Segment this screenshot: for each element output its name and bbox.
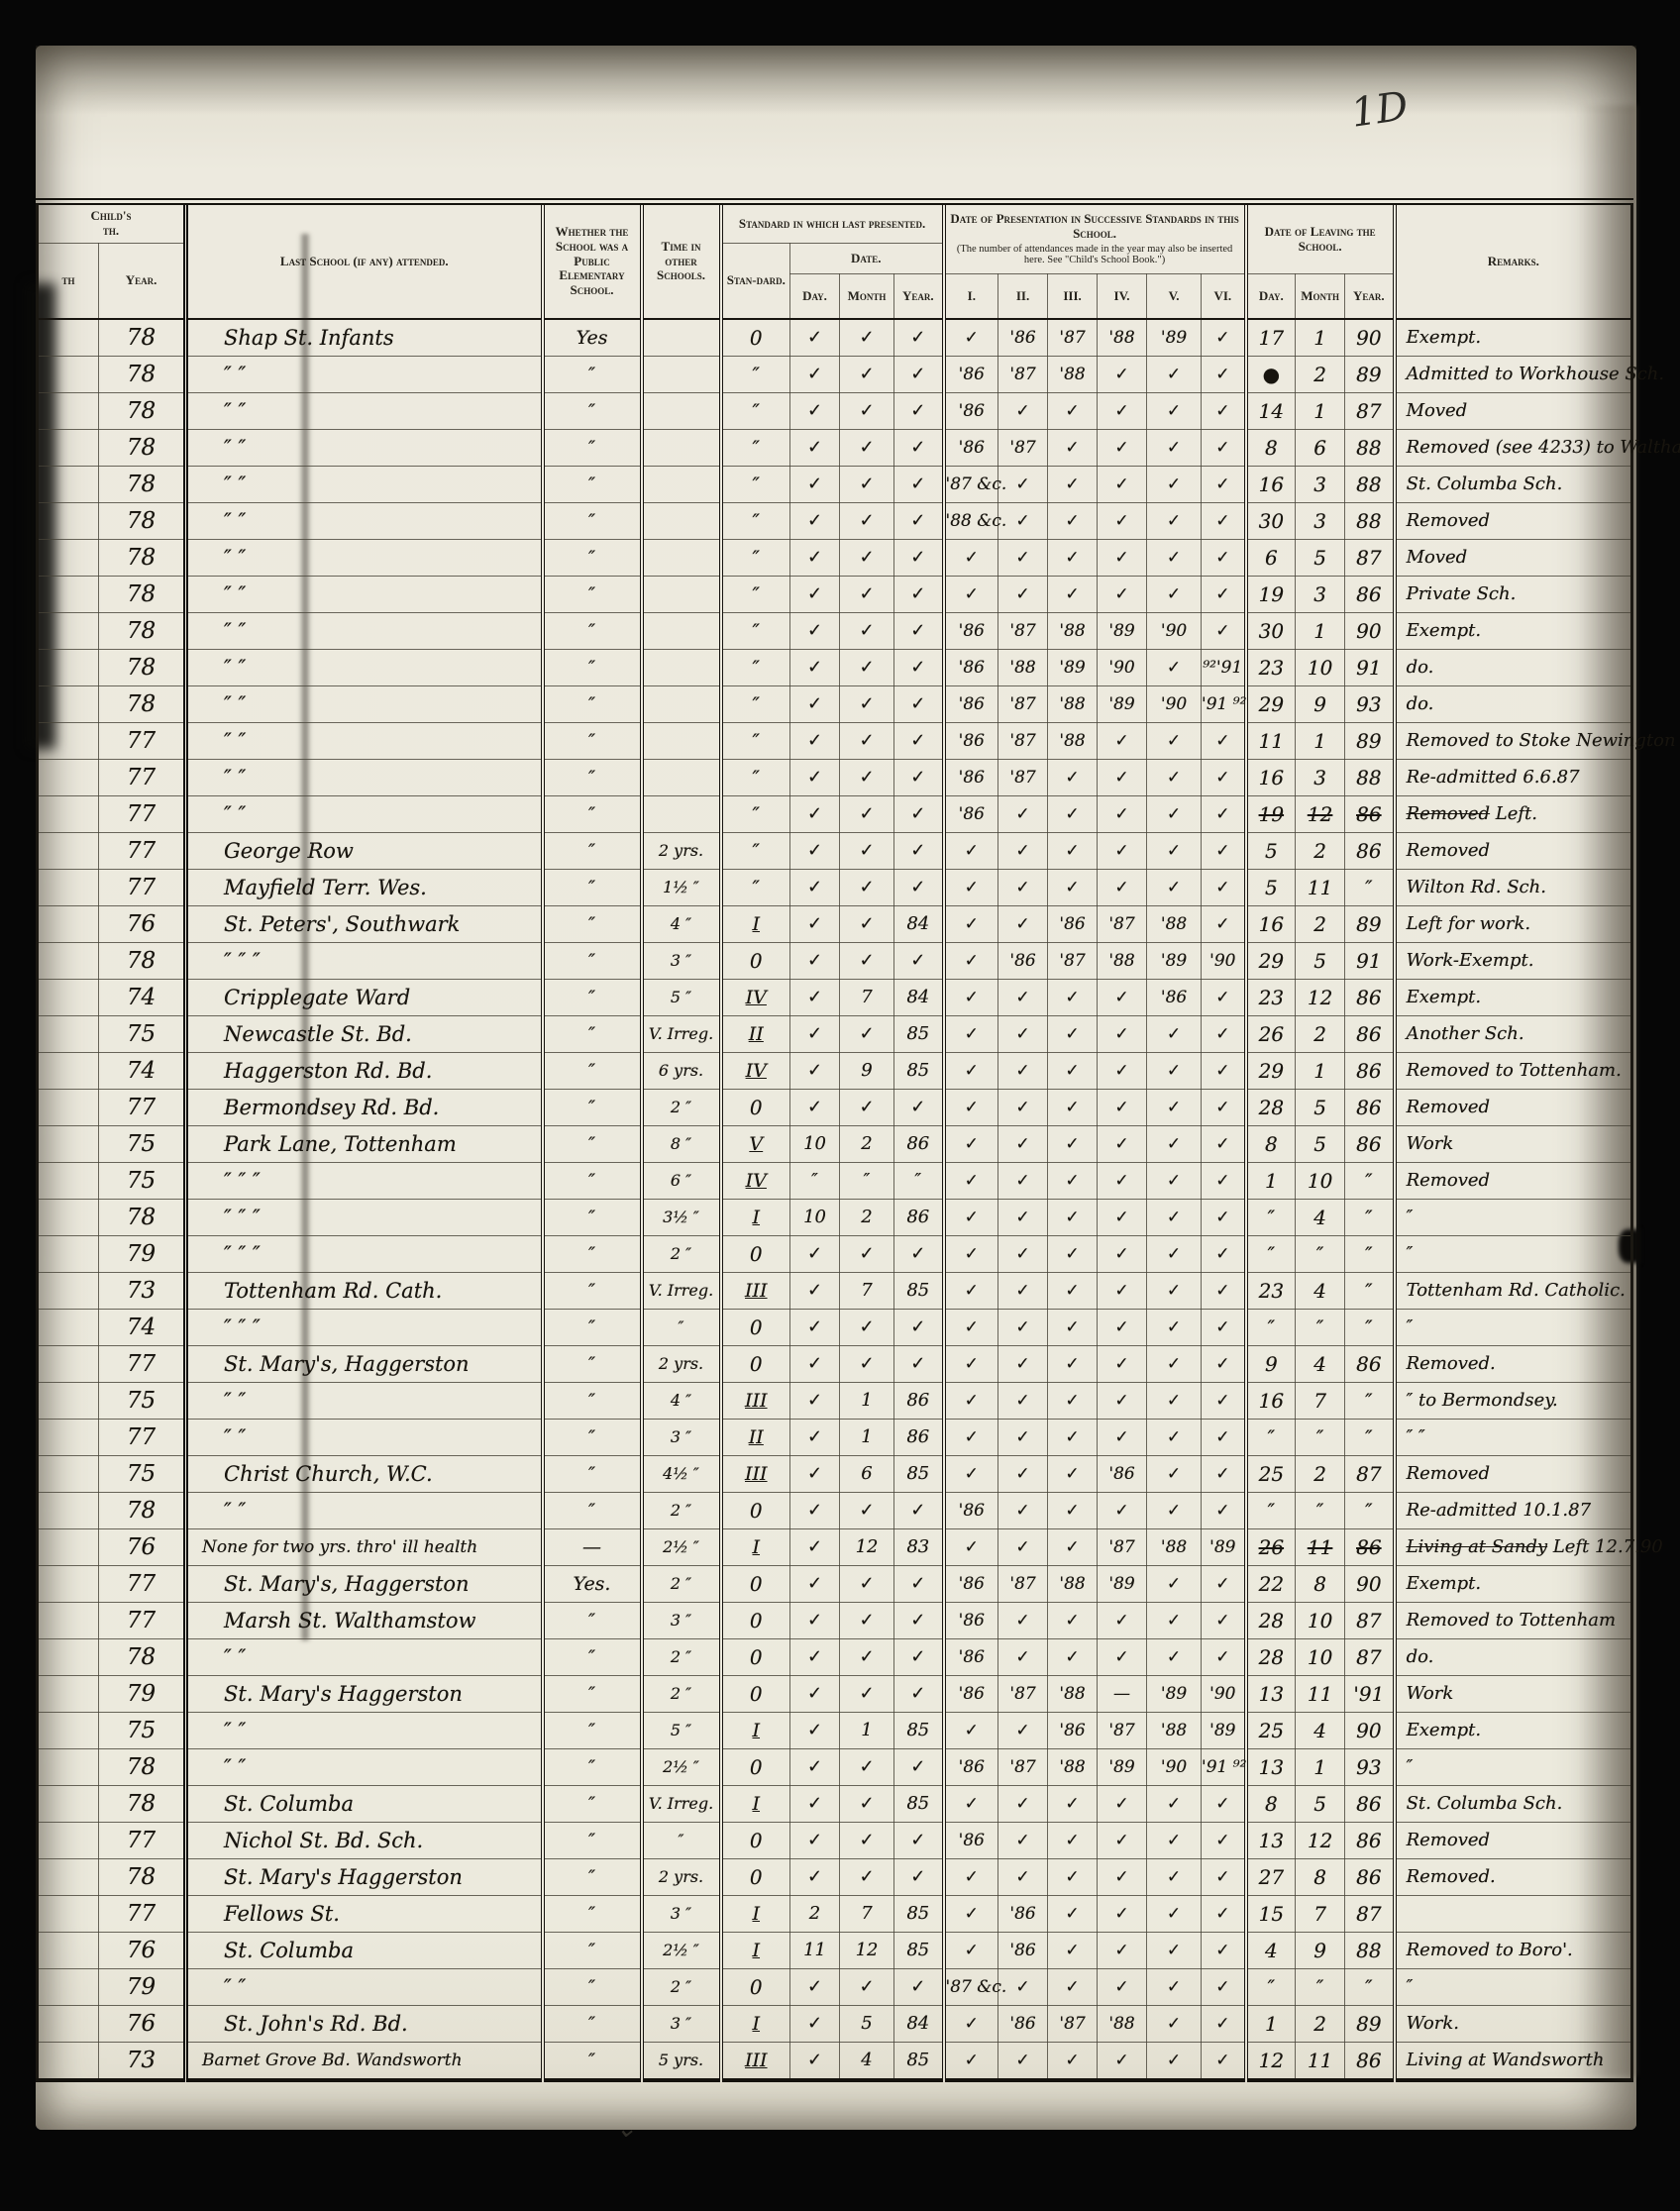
cell-p5: ✓ [1202,1090,1246,1126]
cell-std: IV [721,1053,790,1090]
cell-rem: do. [1395,650,1632,686]
cell-p0: ✓ [944,1126,998,1163]
cell-std: 0 [721,1236,790,1273]
cell-school: Christ Church, W.C. [186,1456,543,1493]
cell-lm: ″ [1296,1236,1345,1273]
cell-ld: 13 [1246,1749,1296,1786]
cell-p3: ✓ [1098,1126,1147,1163]
cell-bm [38,1713,99,1749]
cell-ly: 88 [1345,467,1395,503]
cell-d: ✓ [790,1749,840,1786]
header-presentation-block: Date of Presentation in Successive Stand… [944,202,1246,274]
cell-p0: '86 [944,1566,998,1603]
cell-p2: ✓ [1048,833,1098,870]
cell-lm: 7 [1296,1896,1345,1933]
cell-lm: 12 [1296,980,1345,1016]
cell-bm [38,613,99,650]
cell-rem: Work [1395,1676,1632,1713]
cell-p4: '88 [1147,906,1202,943]
cell-lm: 3 [1296,503,1345,540]
cell-p1: ✓ [998,1383,1048,1420]
cell-ly: 87 [1345,393,1395,430]
cell-pub: ″ [543,1346,642,1383]
cell-rem: St. Columba Sch. [1395,1786,1632,1823]
cell-p3: ✓ [1098,1493,1147,1529]
cell-p2: ✓ [1048,1200,1098,1236]
cell-pub: ″ [543,1859,642,1896]
cell-ld: 26 [1246,1016,1296,1053]
cell-yr: 79 [99,1236,186,1273]
cell-p0: ✓ [944,1896,998,1933]
cell-yr: 78 [99,540,186,577]
table-row: 77Bermondsey Rd. Bd.″2 ″0✓✓✓✓✓✓✓✓✓28586R… [38,1090,1632,1126]
cell-std: ″ [721,833,790,870]
cell-p4: '89 [1147,943,1202,980]
cell-p0: ✓ [944,1236,998,1273]
register-page: 1D ⌄ Child'sth. Last School (if any) att… [36,46,1636,2130]
cell-p2: ✓ [1048,980,1098,1016]
cell-ld: 29 [1246,686,1296,723]
cell-p4: ✓ [1147,1456,1202,1493]
cell-std: 0 [721,1676,790,1713]
header-birth-year: Year. [99,244,186,320]
cell-p1: ✓ [998,2043,1048,2081]
cell-bm [38,686,99,723]
cell-ld: ″ [1246,1420,1296,1456]
cell-p1: ✓ [998,1529,1048,1566]
cell-p2: ✓ [1048,870,1098,906]
cell-std: I [721,2006,790,2043]
cell-p4: ✓ [1147,1896,1202,1933]
table-row: 73Tottenham Rd. Cath.″V. Irreg.III✓785✓✓… [38,1273,1632,1310]
cell-d: 11 [790,1933,840,1969]
cell-ly: 86 [1345,1529,1395,1566]
cell-rem: Removed to Boro'. [1395,1933,1632,1969]
cell-lm: 11 [1296,1529,1345,1566]
cell-lm: 4 [1296,1200,1345,1236]
cell-std: I [721,1786,790,1823]
cell-school: Park Lane, Tottenham [186,1126,543,1163]
cell-d: ✓ [790,577,840,613]
cell-std: III [721,2043,790,2081]
cell-d: ✓ [790,2043,840,2081]
cell-pub: ″ [543,686,642,723]
cell-p1: ✓ [998,1346,1048,1383]
cell-ld: 5 [1246,870,1296,906]
pen-mark: ⌄ [615,2114,637,2144]
cell-p5: ✓ [1202,1639,1246,1676]
cell-p0: ✓ [944,1310,998,1346]
cell-m: ✓ [840,1969,894,2006]
cell-ly: 86 [1345,1859,1395,1896]
cell-pub: ″ [543,1823,642,1859]
cell-ly: ″ [1345,1420,1395,1456]
cell-yr: 75 [99,1163,186,1200]
cell-y: 85 [894,1933,944,1969]
cell-pub: ″ [543,833,642,870]
cell-d: ✓ [790,2006,840,2043]
cell-y: 85 [894,1896,944,1933]
cell-std: ″ [721,870,790,906]
header-standard-iii: III. [1048,274,1098,320]
table-row: 75Newcastle St. Bd.″V. Irreg.II✓✓85✓✓✓✓✓… [38,1016,1632,1053]
cell-p4: ✓ [1147,1200,1202,1236]
cell-school: ″ ″ [186,467,543,503]
cell-d: ✓ [790,1639,840,1676]
cell-p4: ✓ [1147,540,1202,577]
cell-p3: ✓ [1098,980,1147,1016]
cell-p1: ✓ [998,1713,1048,1749]
presentation-title: Date of Presentation in Successive Stand… [949,212,1241,242]
cell-ld: ″ [1246,1236,1296,1273]
cell-bm [38,980,99,1016]
cell-lm: 2 [1296,833,1345,870]
cell-y: 86 [894,1383,944,1420]
cell-bm [38,1529,99,1566]
cell-y: 85 [894,2043,944,2081]
cell-y: ✓ [894,833,944,870]
cell-ld: 16 [1246,467,1296,503]
cell-p0: '86 [944,430,998,467]
cell-m: ✓ [840,1236,894,1273]
cell-pub: ″ [543,1786,642,1823]
cell-pub: ″ [543,2043,642,2081]
cell-m: ✓ [840,943,894,980]
cell-p2: '88 [1048,613,1098,650]
table-row: 77St. Mary's, Haggerston″2 yrs.0✓✓✓✓✓✓✓✓… [38,1346,1632,1383]
cell-pub: ″ [543,1236,642,1273]
cell-ld: 1 [1246,2006,1296,2043]
cell-ld: ″ [1246,1493,1296,1529]
register-rows: 78Shap St. InfantsYes0✓✓✓✓'86'87'88'89✓1… [38,319,1632,2080]
cell-time: ″ [642,1823,721,1859]
table-row: 77″ ″″″✓✓✓'86'87'88✓✓✓11189Removed to St… [38,723,1632,760]
cell-std: ″ [721,467,790,503]
cell-p2: ✓ [1048,1493,1098,1529]
cell-yr: 75 [99,1456,186,1493]
cell-p1: ✓ [998,1639,1048,1676]
cell-ly: 86 [1345,1823,1395,1859]
cell-y: 85 [894,1456,944,1493]
cell-bm [38,1493,99,1529]
cell-school: St. Mary's Haggerston [186,1859,543,1896]
cell-rem: ″ [1395,1749,1632,1786]
cell-yr: 78 [99,467,186,503]
cell-ld: 25 [1246,1456,1296,1493]
cell-m: ✓ [840,319,894,357]
cell-bm [38,796,99,833]
cell-rem: Left for work. [1395,906,1632,943]
cell-lm: 4 [1296,1713,1345,1749]
cell-ly: 86 [1345,1346,1395,1383]
cell-bm [38,1969,99,2006]
cell-p4: ✓ [1147,1603,1202,1639]
table-row: 76St. Peters', Southwark″4 ″I✓✓84✓✓'86'8… [38,906,1632,943]
cell-d: ✓ [790,980,840,1016]
cell-p5: ✓ [1202,1493,1246,1529]
cell-bm [38,906,99,943]
cell-d: ✓ [790,1016,840,1053]
cell-p0: ✓ [944,1163,998,1200]
cell-ld: 12 [1246,2043,1296,2081]
cell-m: 12 [840,1933,894,1969]
cell-pub: ″ [543,1493,642,1529]
cell-bm [38,430,99,467]
cell-p4: ✓ [1147,1639,1202,1676]
cell-p3: ✓ [1098,1933,1147,1969]
cell-p5: ✓ [1202,1456,1246,1493]
cell-school: ″ ″ [186,503,543,540]
cell-p1: ✓ [998,1420,1048,1456]
cell-pub: — [543,1529,642,1566]
cell-ld: 6 [1246,540,1296,577]
cell-pub: ″ [543,1126,642,1163]
cell-p1: ✓ [998,1236,1048,1273]
cell-p3: ✓ [1098,577,1147,613]
table-row: 78″ ″″″✓✓✓'86✓✓✓✓✓14187Moved [38,393,1632,430]
cell-lm: 2 [1296,2006,1345,2043]
cell-ld: 26 [1246,1529,1296,1566]
table-row: 77Fellows St.″3 ″I2785✓'86✓✓✓✓15787 [38,1896,1632,1933]
cell-pub: ″ [543,943,642,980]
cell-p1: ✓ [998,1786,1048,1823]
cell-p3: ✓ [1098,1053,1147,1090]
cell-p2: ✓ [1048,1310,1098,1346]
cell-p0: '87 &c. [944,1969,998,2006]
cell-pub: ″ [543,1273,642,1310]
cell-m: 2 [840,1126,894,1163]
cell-p3: ✓ [1098,1200,1147,1236]
cell-time: 3 ″ [642,1420,721,1456]
table-row: 78″ ″″2½ ″0✓✓✓'86'87'88'89'90'91 ⁹²13193… [38,1749,1632,1786]
table-row: 77″ ″″″✓✓✓'86'87✓✓✓✓16388Re-admitted 6.6… [38,760,1632,796]
cell-p1: '87 [998,723,1048,760]
cell-lm: ″ [1296,1969,1345,2006]
cell-p4: ✓ [1147,2043,1202,2081]
cell-p2: ✓ [1048,796,1098,833]
cell-p3: ✓ [1098,1859,1147,1896]
cell-yr: 76 [99,906,186,943]
cell-p1: '87 [998,1566,1048,1603]
cell-p4: ✓ [1147,1310,1202,1346]
cell-p3: ✓ [1098,1383,1147,1420]
cell-p3: ✓ [1098,833,1147,870]
cell-ld: 13 [1246,1676,1296,1713]
cell-y: ″ [894,1163,944,1200]
cell-y: ✓ [894,393,944,430]
cell-p5: ✓ [1202,1346,1246,1383]
cell-d: 10 [790,1126,840,1163]
table-row: 78″ ″″″✓✓✓✓✓✓✓✓✓6587Moved [38,540,1632,577]
cell-std: 0 [721,1090,790,1126]
cell-y: 83 [894,1529,944,1566]
cell-std: IV [721,1163,790,1200]
admission-register-table: Child'sth. Last School (if any) attended… [36,198,1632,2082]
cell-p4: ✓ [1147,1420,1202,1456]
cell-y: ✓ [894,1493,944,1529]
header-remarks: Remarks. [1395,202,1632,320]
cell-p2: ✓ [1048,1786,1098,1823]
cell-m: 9 [840,1053,894,1090]
cell-ld: 9 [1246,1346,1296,1383]
scan-background: { "corner_label": "1D", "headers": { "bi… [0,0,1680,2211]
cell-time: 5 ″ [642,980,721,1016]
cell-pub: ″ [543,467,642,503]
cell-ld: 22 [1246,1566,1296,1603]
cell-d: ✓ [790,357,840,393]
cell-time: 3 ″ [642,943,721,980]
cell-p4: ✓ [1147,430,1202,467]
cell-std: III [721,1456,790,1493]
cell-ld: ″ [1246,1310,1296,1346]
cell-school: ″ ″ [186,1639,543,1676]
cell-lm: 5 [1296,1090,1345,1126]
cell-pub: ″ [543,1456,642,1493]
cell-bm [38,833,99,870]
cell-bm [38,760,99,796]
cell-bm [38,1639,99,1676]
cell-m: ✓ [840,357,894,393]
cell-time [642,319,721,357]
cell-p1: ✓ [998,796,1048,833]
cell-ly: 90 [1345,1713,1395,1749]
cell-p1: '87 [998,357,1048,393]
cell-p1: '87 [998,760,1048,796]
cell-rem: Removed [1395,1823,1632,1859]
cell-p2: '88 [1048,723,1098,760]
table-row: 78″ ″ ″″3½ ″I10286✓✓✓✓✓✓″4″″ [38,1200,1632,1236]
cell-std: 0 [721,1823,790,1859]
cell-time [642,467,721,503]
cell-p4: '89 [1147,1676,1202,1713]
cell-ld: 4 [1246,1933,1296,1969]
cell-ly: ″ [1345,870,1395,906]
cell-time: 4½ ″ [642,1456,721,1493]
cell-ld: 14 [1246,393,1296,430]
cell-pub: ″ [543,650,642,686]
cell-p5: ✓ [1202,540,1246,577]
cell-p2: ✓ [1048,1529,1098,1566]
cell-bm [38,1310,99,1346]
cell-p2: '87 [1048,319,1098,357]
cell-rem: St. Columba Sch. [1395,467,1632,503]
cell-m: ″ [840,1163,894,1200]
cell-y: 84 [894,906,944,943]
cell-d: ✓ [790,686,840,723]
cell-p3: ✓ [1098,2043,1147,2081]
cell-p4: ✓ [1147,870,1202,906]
table-row: 75″ ″″5 ″I✓185✓✓'86'87'88'8925490Exempt. [38,1713,1632,1749]
cell-lm: 1 [1296,1053,1345,1090]
cell-y: ✓ [894,760,944,796]
cell-p5: ✓ [1202,906,1246,943]
cell-p4: ✓ [1147,1493,1202,1529]
cell-ly: 86 [1345,2043,1395,2081]
cell-pub: ″ [543,1200,642,1236]
cell-p0: ✓ [944,1383,998,1420]
cell-bm [38,650,99,686]
header-standard-ii: II. [998,274,1048,320]
cell-p0: '86 [944,1639,998,1676]
cell-yr: 78 [99,686,186,723]
cell-bm [38,393,99,430]
cell-bm [38,1383,99,1420]
cell-y: ✓ [894,650,944,686]
cell-std: 0 [721,1859,790,1896]
cell-school: ″ ″ [186,686,543,723]
cell-p5: ✓ [1202,870,1246,906]
cell-p5: ✓ [1202,1969,1246,2006]
table-row: 79″ ″″2 ″0✓✓✓'87 &c.✓✓✓✓✓″″″″ [38,1969,1632,2006]
cell-school: Nichol St. Bd. Sch. [186,1823,543,1859]
cell-rem: do. [1395,686,1632,723]
cell-ly: 91 [1345,943,1395,980]
cell-bm [38,1126,99,1163]
cell-p2: ✓ [1048,760,1098,796]
cell-p4: ✓ [1147,833,1202,870]
cell-p5: ✓ [1202,430,1246,467]
cell-m: 1 [840,1420,894,1456]
cell-p5: '90 [1202,943,1246,980]
cell-ld: 1 [1246,1163,1296,1200]
cell-yr: 78 [99,650,186,686]
cell-time: 3 ″ [642,1896,721,1933]
cell-pub: ″ [543,1383,642,1420]
cell-lm: ″ [1296,1493,1345,1529]
header-last-school: Last School (if any) attended. [186,202,543,320]
cell-bm [38,1273,99,1310]
cell-p5: ✓ [1202,1603,1246,1639]
cell-y: ✓ [894,1603,944,1639]
cell-std: 0 [721,1969,790,2006]
cell-p1: ✓ [998,1493,1048,1529]
header-standard-i: I. [944,274,998,320]
cell-y: ✓ [894,467,944,503]
cell-std: II [721,1420,790,1456]
cell-time: 2 yrs. [642,1859,721,1896]
cell-p0: ✓ [944,1053,998,1090]
cell-p2: ✓ [1048,1859,1098,1896]
cell-time: 2 ″ [642,1236,721,1273]
cell-p2: ✓ [1048,393,1098,430]
cell-pub: ″ [543,613,642,650]
cell-ld: 13 [1246,1823,1296,1859]
cell-pub: ″ [543,1016,642,1053]
cell-school: St. Mary's Haggerston [186,1676,543,1713]
cell-lm: 1 [1296,1749,1345,1786]
cell-lm: 8 [1296,1566,1345,1603]
cell-std: 0 [721,1346,790,1383]
cell-p5: ✓ [1202,833,1246,870]
cell-p5: ✓ [1202,723,1246,760]
cell-y: ✓ [894,540,944,577]
cell-y: ✓ [894,319,944,357]
cell-bm [38,2006,99,2043]
cell-pub: ″ [543,1053,642,1090]
cell-yr: 77 [99,1566,186,1603]
cell-time [642,650,721,686]
cell-p2: ✓ [1048,1933,1098,1969]
cell-p2: '86 [1048,1713,1098,1749]
cell-bm [38,357,99,393]
cell-ly: 88 [1345,760,1395,796]
cell-yr: 73 [99,2043,186,2081]
cell-p0: ✓ [944,870,998,906]
cell-p3: '87 [1098,1529,1147,1566]
cell-school: ″ ″ [186,393,543,430]
cell-y: ✓ [894,1859,944,1896]
cell-lm: 9 [1296,1933,1345,1969]
